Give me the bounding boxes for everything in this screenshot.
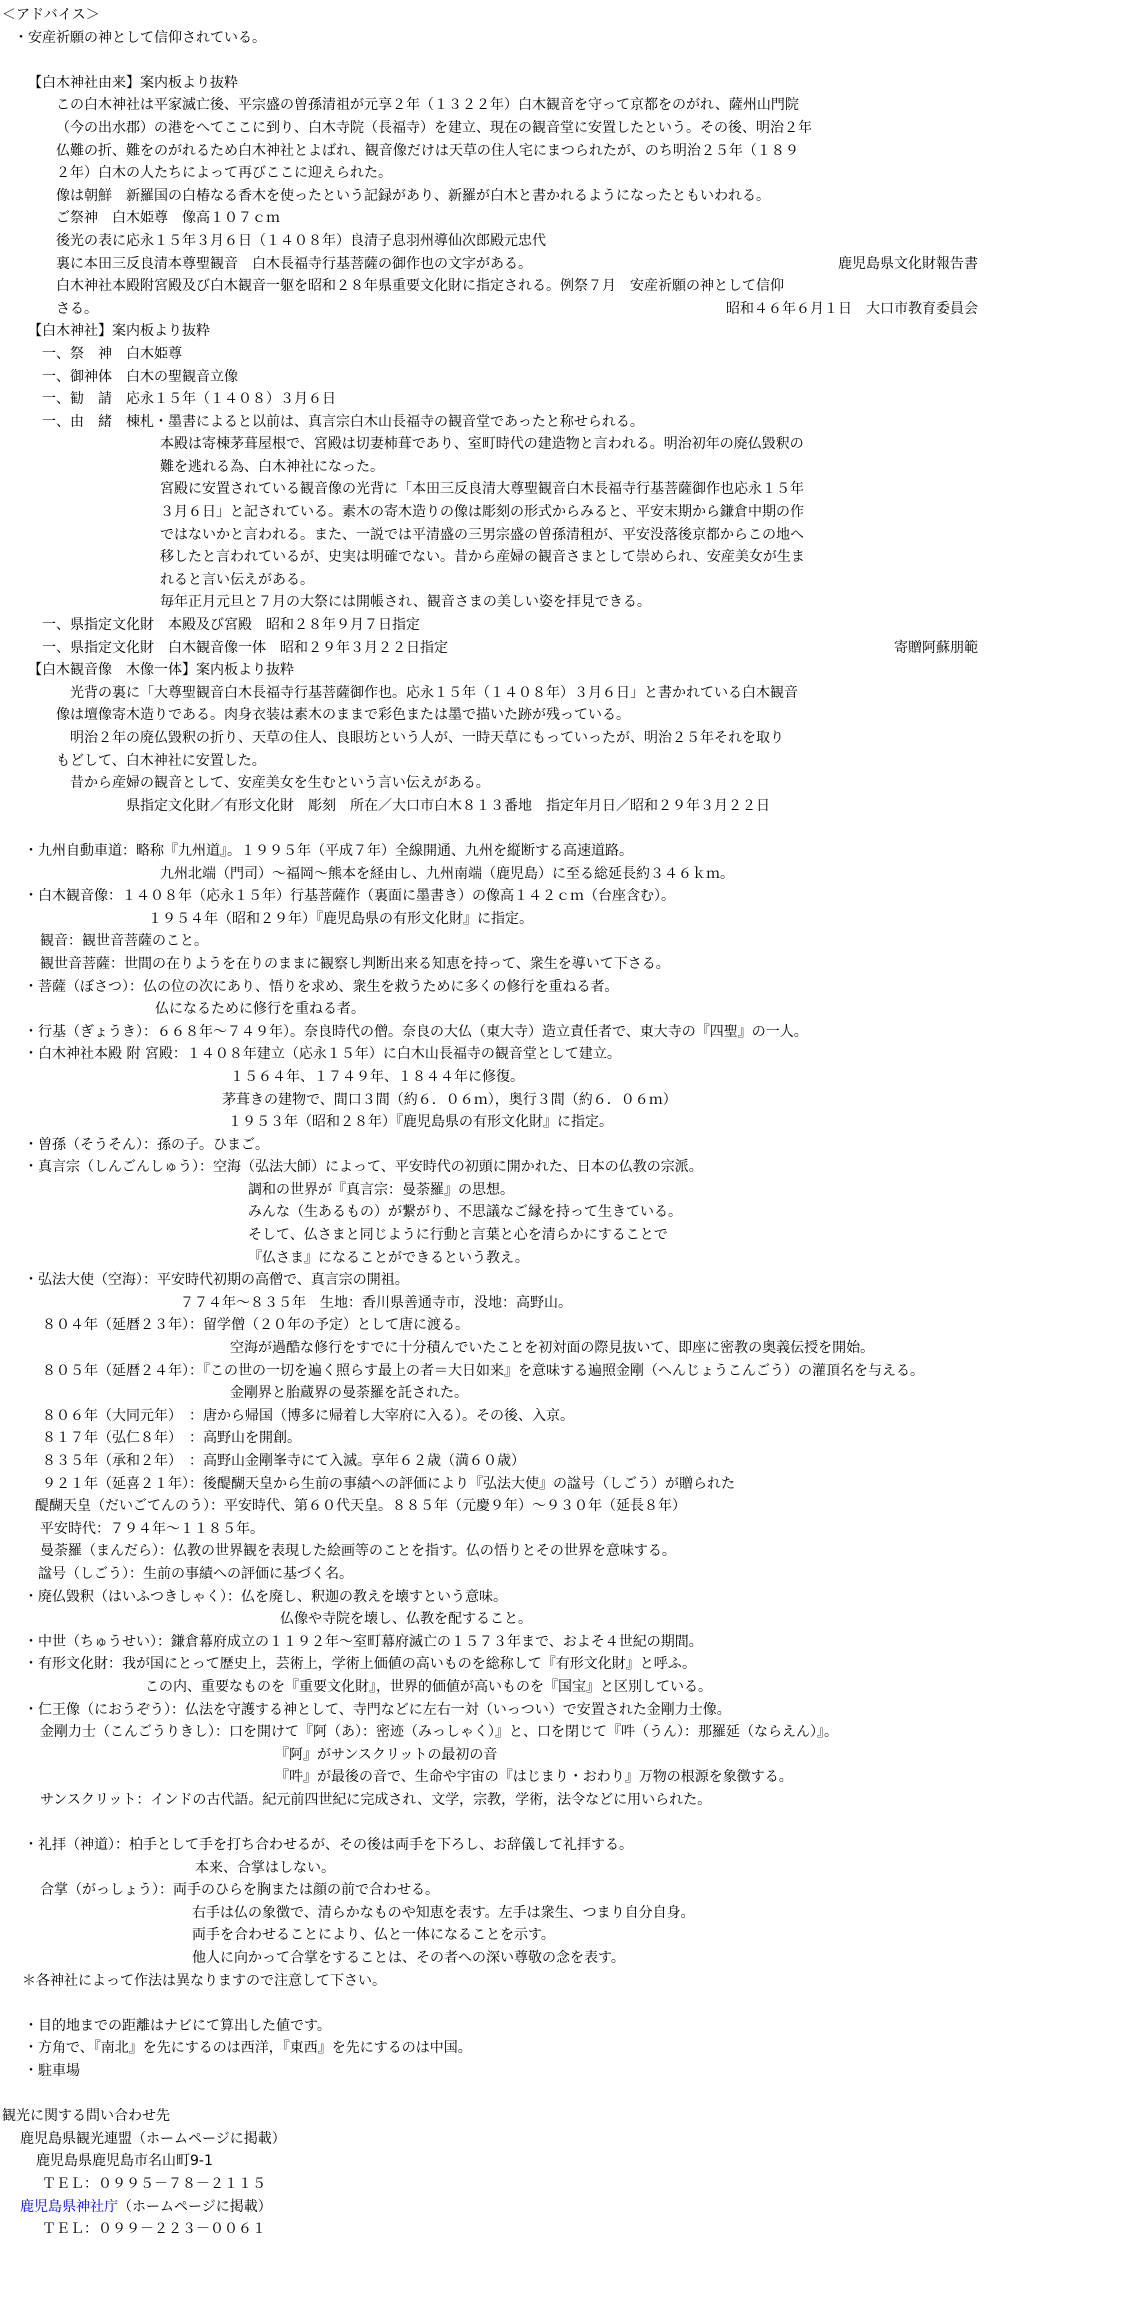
blank-line <box>0 49 1128 72</box>
line-right-text: 鹿児島県文化財報告書 <box>838 253 978 276</box>
section-heading-shiraki-kannon-zo: 【白木観音像 木像一体】案内板より抜粋 <box>0 659 1128 682</box>
line-text: 本来、合掌はしない。 <box>195 1857 335 1880</box>
text-line: 『仏さま』になることができるという教え。 <box>0 1247 1128 1270</box>
text-line: 観世音菩薩：世間の在りようを在りのままに観察し判断出来る知恵を持って、衆生を導い… <box>0 953 1128 976</box>
text-line: （今の出水郡）の港をへてここに到り、白木寺院（長福寺）を建立、現在の観音堂に安置… <box>0 117 1128 140</box>
line-text: ・仁王像（におうぞう）：仏法を守護する神として、寺門などに左右一対（いっつい）で… <box>24 1699 731 1722</box>
section-heading-shiraki-jinja: 【白木神社】案内板より抜粋 <box>0 320 1128 343</box>
line-text: 九州北端（門司）～福岡～熊本を経由し、九州南端（鹿児島）に至る総延長約３４６ｋｍ… <box>160 863 734 886</box>
line-text: 『阿』がサンスクリットの最初の音 <box>275 1744 497 1767</box>
line-text: 毎年正月元旦と７月の大祭には開帳され、観音さまの美しい姿を拝見できる。 <box>160 591 651 614</box>
text-line: ＊各神社によって作法は異なりますので注意して下さい。 <box>0 1970 1128 1993</box>
text-line: 難を逃れる為、白木神社になった。 <box>0 456 1128 479</box>
line-text: れると言い伝えがある。 <box>160 569 314 592</box>
text-line: 毎年正月元旦と７月の大祭には開帳され、観音さまの美しい姿を拝見できる。 <box>0 591 1128 614</box>
text-line: 仏難の折、難をのがれるため白木神社とよばれ、観音像だけは天草の住人宅にまつられた… <box>0 140 1128 163</box>
text-line: 合掌（がっしょう）：両手のひらを胸または顔の前で合わせる。 <box>0 1879 1128 1902</box>
text-line: １９５４年（昭和２９年）『鹿児島県の有形文化財』に指定。 <box>0 908 1128 931</box>
text-line: 一、御神体 白木の聖観音立像 <box>0 366 1128 389</box>
line-text: 調和の世界が『真言宗：曼荼羅』の思想。 <box>248 1179 514 1202</box>
line-text: さる。 <box>56 298 98 321</box>
line-text: 本殿は寄棟茅葺屋根で、宮殿は切妻杮葺であり、室町時代の建造物と言われる。明治初年… <box>160 433 804 456</box>
text-line: 仏になるために修行を重ねる者。 <box>0 998 1128 1021</box>
text-line: 調和の世界が『真言宗：曼荼羅』の思想。 <box>0 1179 1128 1202</box>
line-text: ８１７年（弘仁８年） ：高野山を開創。 <box>42 1427 301 1450</box>
line-text: 白木神社本殿附宮殿及び白木観音一躯を昭和２８年県重要文化財に指定される。例祭７月… <box>56 275 784 298</box>
kagoshima-jinjacho-link[interactable]: 鹿児島県神社庁 <box>20 2199 118 2215</box>
text-line: 醍醐天皇（だいごてんのう）：平安時代、第６０代天皇。８８５年（元慶９年）～９３０… <box>0 1495 1128 1518</box>
line-text: 両手を合わせることにより、仏と一体になることを示す。 <box>192 1924 555 1947</box>
line-text: ・礼拝（神道）：柏手として手を打ち合わせるが、その後は両手を下ろし、お辞儀して礼… <box>24 1834 633 1857</box>
line-text: 一、祭 神 白木姫尊 <box>42 343 182 366</box>
text-line: ８１７年（弘仁８年） ：高野山を開創。 <box>0 1427 1128 1450</box>
text-line: 金剛界と胎蔵界の曼荼羅を託された。 <box>0 1382 1128 1405</box>
line-text <box>0 49 4 72</box>
line-text: そして、仏さまと同じように行動と言葉と心を清らかにすることで <box>248 1224 668 1247</box>
text-line: 『阿』がサンスクリットの最初の音 <box>0 1744 1128 1767</box>
line-text: 後光の表に応永１５年３月６日（１４０８年）良清子息羽州導仙次郎殿元忠代 <box>56 230 546 253</box>
line-right-text: 寄贈阿蘇朋範 <box>894 637 978 660</box>
text-line: 白木神社本殿附宮殿及び白木観音一躯を昭和２８年県重要文化財に指定される。例祭７月… <box>0 275 1128 298</box>
line-text: 像は朝鮮 新羅国の白椿なる香木を使ったという記録があり、新羅が白木と書かれるよう… <box>56 185 770 208</box>
line-text: １９５４年（昭和２９年）『鹿児島県の有形文化財』に指定。 <box>148 908 533 931</box>
line-text: ・中世（ちゅうせい）：鎌倉幕府成立の１１９２年～室町幕府滅亡の１５７３年まで、お… <box>24 1631 703 1654</box>
line-text: 像は壇像寄木造りである。肉身衣装は素木のままで彩色または墨で描いた跡が残っている… <box>56 704 630 727</box>
line-text: 『吽』が最後の音で、生命や宇宙の『はじまり・おわり』万物の根源を象徴する。 <box>275 1766 793 1789</box>
text-line: ・菩薩（ぼさつ）：仏の位の次にあり、悟りを求め、衆生を救うために多くの修行を重ね… <box>0 976 1128 999</box>
line-text: ・駐車場 <box>24 2060 80 2083</box>
line-text: （ホームページに掲載） <box>118 2199 272 2215</box>
text-line: ・白木観音像：１４０８年（応永１５年）行基菩薩作（裏面に墨書き）の像高１４２ｃｍ… <box>0 885 1128 908</box>
line-text: 金剛力士（こんごうりきし）：口を開けて『阿（あ）：密迹（みっしゃく）』と、口を閉… <box>40 1721 838 1744</box>
text-line: 裏に本田三反良清本尊聖観音 白木長福寺行基菩薩の御作也の文字がある。鹿児島県文化… <box>0 253 1128 276</box>
text-line: ８０６年（大同元年） ：唐から帰国（博多に帰着し大宰府に入る）。その後、入京。 <box>0 1405 1128 1428</box>
line-text: ・行基（ぎょうき）：６６８年～７４９年）。奈良時代の僧。奈良の大仏（東大寺）造立… <box>24 1021 808 1044</box>
line-text: 空海が過酷な修行をすでに十分積んでいたことを初対面の際見抜いて、即座に密教の奥義… <box>230 1337 874 1360</box>
blank-line <box>0 2083 1128 2106</box>
text-line: 他人に向かって合掌をすることは、その者への深い尊敬の念を表す。 <box>0 1947 1128 1970</box>
text-line: 本殿は寄棟茅葺屋根で、宮殿は切妻杮葺であり、室町時代の建造物と言われる。明治初年… <box>0 433 1128 456</box>
line-text: ・真言宗（しんごんしゅう）：空海（弘法大師）によって、平安時代の初頭に開かれた、… <box>24 1156 703 1179</box>
line-text: ＜アドバイス＞ <box>2 4 100 27</box>
line-text: 仏難の折、難をのがれるため白木神社とよばれ、観音像だけは天草の住人宅にまつられた… <box>56 140 799 163</box>
contact-section-heading: 観光に関する問い合わせ先 <box>0 2105 1128 2128</box>
line-text: 観光に関する問い合わせ先 <box>2 2105 170 2128</box>
text-line: ・廃仏毀釈（はいふつきしゃく）：仏を廃し、釈迦の教えを壊すという意味。 <box>0 1586 1128 1609</box>
line-text: ８０４年（延暦２３年）：留学僧（２０年の予定）として唐に渡る。 <box>42 1314 469 1337</box>
line-text: 醍醐天皇（だいごてんのう）：平安時代、第６０代天皇。８８５年（元慶９年）～９３０… <box>35 1495 686 1518</box>
line-right-text: 昭和４６年６月１日 大口市教育委員会 <box>726 298 978 321</box>
text-line: 明治２年の廃仏毀釈の折り、天草の住人、良眼坊という人が、一時天草にもっていったが… <box>0 727 1128 750</box>
text-line: 金剛力士（こんごうりきし）：口を開けて『阿（あ）：密迹（みっしゃく）』と、口を閉… <box>0 1721 1128 1744</box>
text-line: 像は朝鮮 新羅国の白椿なる香木を使ったという記録があり、新羅が白木と書かれるよう… <box>0 185 1128 208</box>
line-text: ７７４年～８３５年 生地：香川県善通寺市，没地：高野山。 <box>180 1292 572 1315</box>
line-text: 諡号（しごう）：生前の事績への評価に基づく名。 <box>38 1563 353 1586</box>
line-text: 観音：観世音菩薩のこと。 <box>40 930 208 953</box>
line-text: 右手は仏の象徴で、清らかなものや知恵を表す。左手は衆生、つまり自分自身。 <box>192 1902 695 1925</box>
text-line: 一、県指定文化財 本殿及び宮殿 昭和２８年９月７日指定 <box>0 614 1128 637</box>
line-text: ９２１年（延喜２１年）：後醍醐天皇から生前の事績への評価により『弘法大使』の諡号… <box>42 1473 735 1496</box>
text-line: ・有形文化財：我が国にとって歴史上，芸術上，学術上価値の高いものを総称して『有形… <box>0 1653 1128 1676</box>
line-text <box>0 1812 4 1835</box>
line-text: 【白木神社由来】案内板より抜粋 <box>28 72 238 95</box>
text-line: 諡号（しごう）：生前の事績への評価に基づく名。 <box>0 1563 1128 1586</box>
blank-line <box>0 1812 1128 1835</box>
text-line: ・目的地までの距離はナビにて算出した値です。 <box>0 2015 1128 2038</box>
line-text: ＊各神社によって作法は異なりますので注意して下さい。 <box>22 1970 386 1993</box>
text-line: ・真言宗（しんごんしゅう）：空海（弘法大師）によって、平安時代の初頭に開かれた、… <box>0 1156 1128 1179</box>
line-text: 曼荼羅（まんだら）：仏教の世界観を表現した絵画等のことを指す。仏の悟りとその世界… <box>40 1540 676 1563</box>
line-text: 光背の裏に「大尊聖観音白木長福寺行基菩薩御作也。応永１５年（１４０８年）３月６日… <box>70 682 798 705</box>
line-text: ・弘法大使（空海）：平安時代初期の高僧で、真言宗の開祖。 <box>24 1269 409 1292</box>
line-text: ８０６年（大同元年） ：唐から帰国（博多に帰着し大宰府に入る）。その後、入京。 <box>42 1405 574 1428</box>
text-line: ではないかと言われる。また、一説では平清盛の三男宗盛の曽孫清租が、平安没落後京都… <box>0 524 1128 547</box>
line-text: 県指定文化財／有形文化財 彫刻 所在／大口市白木８１３番地 指定年月日／昭和２９… <box>126 795 770 818</box>
jinjacho-line: 鹿児島県神社庁（ホームページに掲載） <box>0 2196 1128 2219</box>
line-text: 一、県指定文化財 本殿及び宮殿 昭和２８年９月７日指定 <box>42 614 420 637</box>
text-line: ２年）白木の人たちによって再びここに迎えられた。 <box>0 162 1128 185</box>
text-line: この白木神社は平家滅亡後、平宗盛の曽孫清祖が元享２年（１３２２年）白木観音を守っ… <box>0 94 1128 117</box>
text-line: ・仁王像（におうぞう）：仏法を守護する神として、寺門などに左右一対（いっつい）で… <box>0 1699 1128 1722</box>
text-line: 後光の表に応永１５年３月６日（１４０８年）良清子息羽州導仙次郎殿元忠代 <box>0 230 1128 253</box>
line-text: 一、県指定文化財 白木観音像一体 昭和２９年３月２２日指定 <box>42 637 448 660</box>
line-text: ・方角で、『南北』を先にするのは西洋，『東西』を先にするのは中国。 <box>24 2037 472 2060</box>
line-text: ・白木観音像：１４０８年（応永１５年）行基菩薩作（裏面に墨書き）の像高１４２ｃｍ… <box>24 885 675 908</box>
blank-line <box>0 1992 1128 2015</box>
text-line: ・駐車場 <box>0 2060 1128 2083</box>
line-text: 仏になるために修行を重ねる者。 <box>155 998 365 1021</box>
text-line: みんな（生あるもの）が繋がり、不思議なご縁を持って生きている。 <box>0 1201 1128 1224</box>
line-text: 裏に本田三反良清本尊聖観音 白木長福寺行基菩薩の御作也の文字がある。 <box>56 253 532 276</box>
line-text: ご祭神 白木姫尊 像高１０７ｃｍ <box>56 207 280 230</box>
line-text: 移したと言われているが、史実は明確でない。昔から産婦の観音さまとして崇められ、安… <box>160 546 805 569</box>
line-text: 鹿児島県神社庁（ホームページに掲載） <box>20 2196 272 2219</box>
text-line: そして、仏さまと同じように行動と言葉と心を清らかにすることで <box>0 1224 1128 1247</box>
line-text <box>0 2083 4 2106</box>
line-text: 昔から産婦の観音として、安産美女を生むという言い伝えがある。 <box>70 772 490 795</box>
line-text: 仏像や寺院を壊し、仏教を配すること。 <box>280 1608 532 1631</box>
line-text: （今の出水郡）の港をへてここに到り、白木寺院（長福寺）を建立、現在の観音堂に安置… <box>56 117 812 140</box>
line-text: １９５３年（昭和２８年）『鹿児島県の有形文化財』に指定。 <box>228 1111 613 1134</box>
text-line: 宮殿に安置されている観音像の光背に「本田三反良清大尊聖観音白木長福寺行基菩薩御作… <box>0 478 1128 501</box>
text-line: さる。昭和４６年６月１日 大口市教育委員会 <box>0 298 1128 321</box>
text-line: 移したと言われているが、史実は明確でない。昔から産婦の観音さまとして崇められ、安… <box>0 546 1128 569</box>
line-text: ２年）白木の人たちによって再びここに迎えられた。 <box>56 162 392 185</box>
line-text: 【白木神社】案内板より抜粋 <box>28 320 210 343</box>
text-line: ・礼拝（神道）：柏手として手を打ち合わせるが、その後は両手を下ろし、お辞儀して礼… <box>0 1834 1128 1857</box>
text-line: 一、県指定文化財 白木観音像一体 昭和２９年３月２２日指定寄贈阿蘇朋範 <box>0 637 1128 660</box>
text-line: ・行基（ぎょうき）：６６８年～７４９年）。奈良時代の僧。奈良の大仏（東大寺）造立… <box>0 1021 1128 1044</box>
text-line: 両手を合わせることにより、仏と一体になることを示す。 <box>0 1924 1128 1947</box>
line-text: 宮殿に安置されている観音像の光背に「本田三反良清大尊聖観音白木長福寺行基菩薩御作… <box>160 478 804 501</box>
line-text <box>0 817 4 840</box>
text-line: ・曽孫（そうそん）：孫の子。ひまご。 <box>0 1134 1128 1157</box>
line-text: 一、勧 請 応永１５年（１４０８）３月６日 <box>42 388 336 411</box>
text-line: ・九州自動車道：略称『九州道』。１９９５年（平成７年）全線開通、九州を縦断する高… <box>0 840 1128 863</box>
line-text: 【白木観音像 木像一体】案内板より抜粋 <box>28 659 294 682</box>
line-text: 平安時代：７９４年～１１８５年。 <box>40 1518 264 1541</box>
line-text: ８０５年（延暦２４年）：『この世の一切を遍く照らす最上の者＝大日如来』を意味する… <box>42 1360 924 1383</box>
blank-line <box>0 817 1128 840</box>
line-text: 明治２年の廃仏毀釈の折り、天草の住人、良眼坊という人が、一時天草にもっていったが… <box>70 727 784 750</box>
text-line: 平安時代：７９４年～１１８５年。 <box>0 1518 1128 1541</box>
text-line: 県指定文化財／有形文化財 彫刻 所在／大口市白木８１３番地 指定年月日／昭和２９… <box>0 795 1128 818</box>
line-text: ８３５年（承和２年） ：高野山金剛峯寺にて入滅。享年６２歳（満６０歳） <box>42 1450 525 1473</box>
line-text: ＴＥＬ：０９９５－７８－２１１５ <box>42 2173 266 2196</box>
text-line: サンスクリット：インドの古代語。紀元前四世紀に完成され、文学，宗教，学術，法令な… <box>0 1789 1128 1812</box>
line-text: ではないかと言われる。また、一説では平清盛の三男宗盛の曽孫清租が、平安没落後京都… <box>160 524 804 547</box>
text-line: もどして、白木神社に安置した。 <box>0 750 1128 773</box>
line-text: 金剛界と胎蔵界の曼荼羅を託された。 <box>230 1382 468 1405</box>
line-text: 難を逃れる為、白木神社になった。 <box>160 456 384 479</box>
text-line: １９５３年（昭和２８年）『鹿児島県の有形文化財』に指定。 <box>0 1111 1128 1134</box>
line-text: サンスクリット：インドの古代語。紀元前四世紀に完成され、文学，宗教，学術，法令な… <box>40 1789 711 1812</box>
text-line: れると言い伝えがある。 <box>0 569 1128 592</box>
text-line: 一、由 緒 棟札・墨書によると以前は、真言宗白木山長福寺の観音堂であったと称せら… <box>0 411 1128 434</box>
text-line: 観音：観世音菩薩のこと。 <box>0 930 1128 953</box>
text-line: ご祭神 白木姫尊 像高１０７ｃｍ <box>0 207 1128 230</box>
text-line: ８３５年（承和２年） ：高野山金剛峯寺にて入滅。享年６２歳（満６０歳） <box>0 1450 1128 1473</box>
line-text: 『仏さま』になることができるという教え。 <box>248 1247 529 1270</box>
text-line: ９２１年（延喜２１年）：後醍醐天皇から生前の事績への評価により『弘法大使』の諡号… <box>0 1473 1128 1496</box>
tel-jinjacho: ＴＥＬ：０９９－２２３－００６１ <box>0 2218 1128 2241</box>
text-line: ８０５年（延暦２４年）：『この世の一切を遍く照らす最上の者＝大日如来』を意味する… <box>0 1360 1128 1383</box>
line-text: ・九州自動車道：略称『九州道』。１９９５年（平成７年）全線開通、九州を縦断する高… <box>24 840 633 863</box>
text-line: ・方角で、『南北』を先にするのは西洋，『東西』を先にするのは中国。 <box>0 2037 1128 2060</box>
text-line: 九州北端（門司）～福岡～熊本を経由し、九州南端（鹿児島）に至る総延長約３４６ｋｍ… <box>0 863 1128 886</box>
text-line: 像は壇像寄木造りである。肉身衣装は素木のままで彩色または墨で描いた跡が残っている… <box>0 704 1128 727</box>
text-line: ・白木神社本殿 附 宮殿：１４０８年建立（応永１５年）に白木山長福寺の観音堂とし… <box>0 1043 1128 1066</box>
line-text: ・白木神社本殿 附 宮殿：１４０８年建立（応永１５年）に白木山長福寺の観音堂とし… <box>24 1043 621 1066</box>
document: ＜アドバイス＞・安産祈願の神として信仰されている。 【白木神社由来】案内板より抜… <box>0 0 1128 2241</box>
line-text: ・目的地までの距離はナビにて算出した値です。 <box>24 2015 331 2038</box>
text-line: 鹿児島県観光連盟（ホームページに掲載） <box>0 2128 1128 2151</box>
text-line: 光背の裏に「大尊聖観音白木長福寺行基菩薩御作也。応永１５年（１４０８年）３月６日… <box>0 682 1128 705</box>
line-text: ・有形文化財：我が国にとって歴史上，芸術上，学術上価値の高いものを総称して『有形… <box>24 1653 696 1676</box>
text-line: ・弘法大使（空海）：平安時代初期の高僧で、真言宗の開祖。 <box>0 1269 1128 1292</box>
text-line: １５６４年、１７４９年、１８４４年に修復。 <box>0 1066 1128 1089</box>
text-line: 空海が過酷な修行をすでに十分積んでいたことを初対面の際見抜いて、即座に密教の奥義… <box>0 1337 1128 1360</box>
line-text: ＴＥＬ：０９９－２２３－００６１ <box>42 2218 266 2241</box>
line-text: ・廃仏毀釈（はいふつきしゃく）：仏を廃し、釈迦の教えを壊すという意味。 <box>24 1586 507 1609</box>
text-line: 鹿児島県鹿児島市名山町9-1 <box>0 2150 1128 2173</box>
text-line: 『吽』が最後の音で、生命や宇宙の『はじまり・おわり』万物の根源を象徴する。 <box>0 1766 1128 1789</box>
text-line: ３月６日」と記されている。素木の寄木造りの像は彫刻の形式からみると、平安末期から… <box>0 501 1128 524</box>
text-line: 仏像や寺院を壊し、仏教を配すること。 <box>0 1608 1128 1631</box>
line-text: ・菩薩（ぼさつ）：仏の位の次にあり、悟りを求め、衆生を救うために多くの修行を重ね… <box>24 976 618 999</box>
text-line: 茅葺きの建物で、間口３間（約６．０６ｍ），奥行３間（約６．０６ｍ） <box>0 1089 1128 1112</box>
line-text: ・安産祈願の神として信仰されている。 <box>14 27 266 50</box>
tel-kanko-renmei: ＴＥＬ：０９９５－７８－２１１５ <box>0 2173 1128 2196</box>
line-text: 茅葺きの建物で、間口３間（約６．０６ｍ），奥行３間（約６．０６ｍ） <box>222 1089 677 1112</box>
line-text <box>0 1992 4 2015</box>
text-line: 昔から産婦の観音として、安産美女を生むという言い伝えがある。 <box>0 772 1128 795</box>
line-text: ・曽孫（そうそん）：孫の子。ひまご。 <box>24 1134 269 1157</box>
line-text: 他人に向かって合掌をすることは、その者への深い尊敬の念を表す。 <box>192 1947 625 1970</box>
text-line: 本来、合掌はしない。 <box>0 1857 1128 1880</box>
line-text: 合掌（がっしょう）：両手のひらを胸または顔の前で合わせる。 <box>40 1879 439 1902</box>
line-text: もどして、白木神社に安置した。 <box>56 750 266 773</box>
text-line: 一、祭 神 白木姫尊 <box>0 343 1128 366</box>
line-text: この内、重要なものを『重要文化財』，世界的価値が高いものを『国宝』と区別している… <box>145 1676 712 1699</box>
line-text: この白木神社は平家滅亡後、平宗盛の曽孫清祖が元享２年（１３２２年）白木観音を守っ… <box>56 94 799 117</box>
text-line: ８０４年（延暦２３年）：留学僧（２０年の予定）として唐に渡る。 <box>0 1314 1128 1337</box>
line-text: 一、由 緒 棟札・墨書によると以前は、真言宗白木山長福寺の観音堂であったと称せら… <box>42 411 644 434</box>
line-text: 鹿児島県観光連盟（ホームページに掲載） <box>20 2128 286 2151</box>
section-heading-shiraki-jinja-yurai: 【白木神社由来】案内板より抜粋 <box>0 72 1128 95</box>
line-text: 一、御神体 白木の聖観音立像 <box>42 366 238 389</box>
line-text: みんな（生あるもの）が繋がり、不思議なご縁を持って生きている。 <box>248 1201 682 1224</box>
line-text: 観世音菩薩：世間の在りようを在りのままに観察し判断出来る知恵を持って、衆生を導い… <box>40 953 670 976</box>
text-line: 曼荼羅（まんだら）：仏教の世界観を表現した絵画等のことを指す。仏の悟りとその世界… <box>0 1540 1128 1563</box>
text-line: ７７４年～８３５年 生地：香川県善通寺市，没地：高野山。 <box>0 1292 1128 1315</box>
line-text: １５６４年、１７４９年、１８４４年に修復。 <box>230 1066 524 1089</box>
text-line: 右手は仏の象徴で、清らかなものや知恵を表す。左手は衆生、つまり自分自身。 <box>0 1902 1128 1925</box>
advice-heading: ＜アドバイス＞ <box>0 4 1128 27</box>
line-text: 鹿児島県鹿児島市名山町9-1 <box>36 2150 213 2173</box>
text-line: この内、重要なものを『重要文化財』，世界的価値が高いものを『国宝』と区別している… <box>0 1676 1128 1699</box>
text-line: 一、勧 請 応永１５年（１４０８）３月６日 <box>0 388 1128 411</box>
text-line: ・安産祈願の神として信仰されている。 <box>0 27 1128 50</box>
text-line: ・中世（ちゅうせい）：鎌倉幕府成立の１１９２年～室町幕府滅亡の１５７３年まで、お… <box>0 1631 1128 1654</box>
line-text: ３月６日」と記されている。素木の寄木造りの像は彫刻の形式からみると、平安末期から… <box>160 501 804 524</box>
